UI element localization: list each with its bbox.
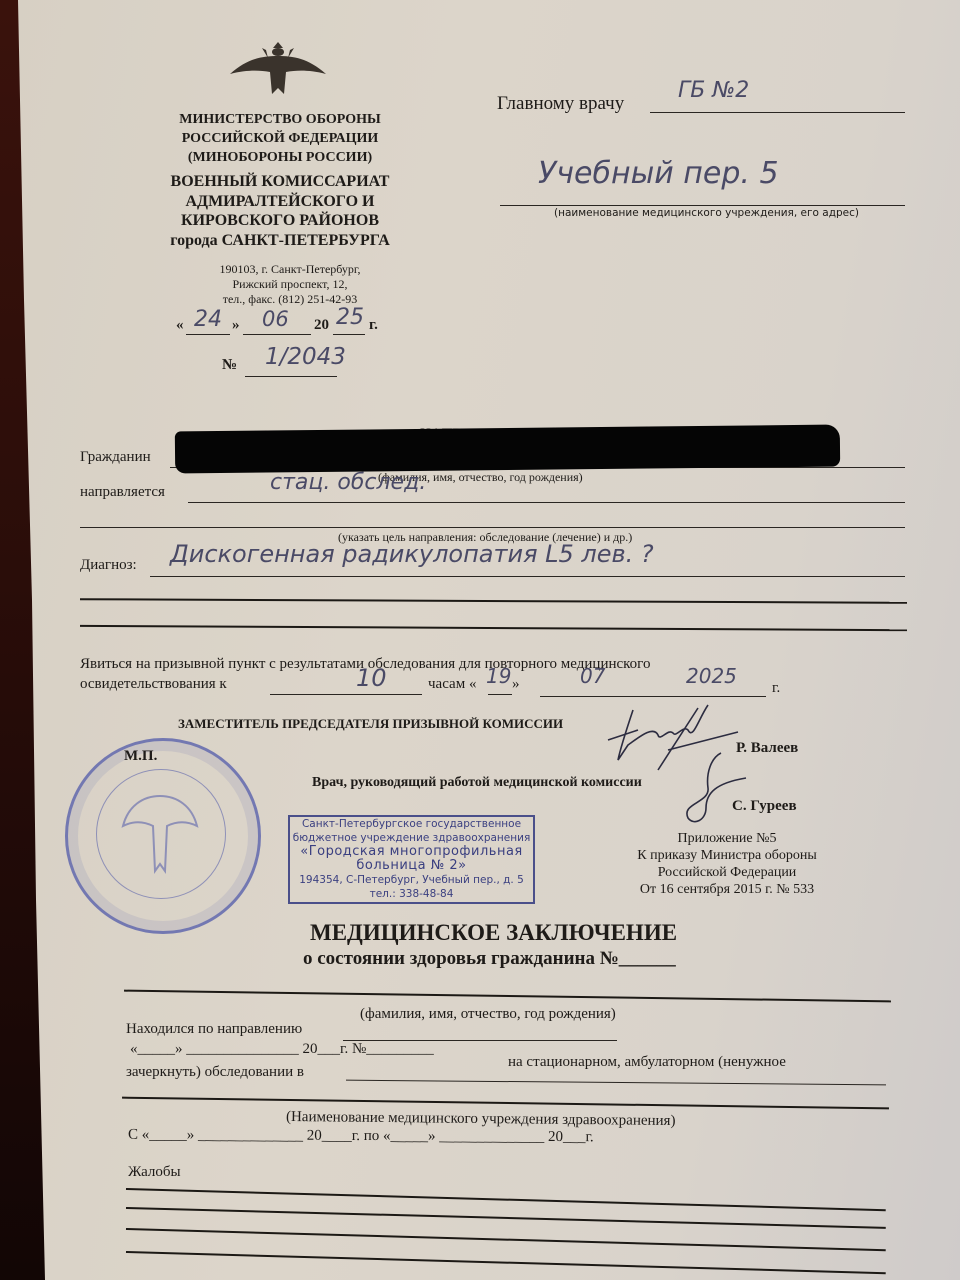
date-day-field[interactable] <box>186 334 230 335</box>
diagnosis-label: Диагноз: <box>80 557 137 574</box>
institution-caption: (наименование медицинского учреждения, е… <box>554 207 859 219</box>
date-year-prefix: 20 <box>314 317 329 334</box>
hospital-stamp: Санкт-Петербургское государственное бюдж… <box>288 815 535 904</box>
directed-value: стац. обслед. <box>270 470 426 495</box>
appear-instruction-line2: освидетельствования к <box>80 676 227 693</box>
conclusion-period-line: С «_____» ______________ 20____г. по «__… <box>128 1127 594 1146</box>
commissariat-line: КИРОВСКОГО РАЙОНОВ <box>150 211 410 231</box>
conclusion-exam-label: зачеркнуть) обследовании в <box>126 1064 304 1081</box>
directed-label: направляется <box>80 484 165 501</box>
stamp-line: «Городская многопрофильная <box>290 845 533 859</box>
date-year-field[interactable] <box>333 334 365 335</box>
year-value: 2025 <box>686 664 737 688</box>
doctor-signature-icon <box>676 748 756 828</box>
day-value: 19 <box>486 664 511 688</box>
commissariat-line: АДМИРАЛТЕЙСКОГО И <box>150 192 410 212</box>
commissariat-address: 190103, г. Санкт-Петербург, Рижский прос… <box>160 262 420 307</box>
hour-value: 10 <box>356 664 387 692</box>
institution-value: Учебный пер. 5 <box>538 156 779 191</box>
redaction-bar <box>175 425 840 474</box>
address-line: Рижский проспект, 12, <box>160 277 420 292</box>
document-page <box>0 0 960 1280</box>
conclusion-date-line: «_____» _______________ 20___г. №_______… <box>130 1041 434 1058</box>
appendix-note: Приложение №5 К приказу Министра обороны… <box>612 830 842 898</box>
diagnosis-value: Дискогенная радикулопатия L5 лев. ? <box>170 540 654 568</box>
chief-doctor-value: ГБ №2 <box>678 78 749 103</box>
stamp-line: бюджетное учреждение здравоохранения <box>290 831 533 845</box>
number-label: № <box>222 357 237 374</box>
number-value: 1/2043 <box>265 344 346 370</box>
date-year-label: г. <box>369 317 378 334</box>
stamp-line: 194354, С-Петербург, Учебный пер., д. 5 <box>290 873 533 887</box>
hour-field[interactable] <box>270 694 422 695</box>
date-month-value: 06 <box>262 307 289 331</box>
commissariat-heading: ВОЕННЫЙ КОМИССАРИАТ АДМИРАЛТЕЙСКОГО И КИ… <box>150 172 410 250</box>
stamp-place-label: М.П. <box>124 748 157 765</box>
address-line: тел., факс. (812) 251-42-93 <box>160 292 420 307</box>
year-label: г. <box>772 680 780 697</box>
number-field[interactable] <box>245 376 337 377</box>
conclusion-ward-text: на стационарном, амбулаторном (ненужное <box>508 1054 786 1071</box>
date-close-quote: » <box>232 317 240 334</box>
ministry-heading: МИНИСТЕРСТВО ОБОРОНЫ РОССИЙСКОЙ ФЕДЕРАЦИ… <box>150 110 410 167</box>
round-seal-stamp <box>65 738 261 934</box>
appendix-line: К приказу Министра обороны <box>612 847 842 864</box>
complaints-label: Жалобы <box>128 1164 181 1181</box>
ministry-line: (МИНОБОРОНЫ РОССИИ) <box>150 148 410 167</box>
month-year-field[interactable] <box>540 696 766 697</box>
stamp-line: больница № 2» <box>290 859 533 873</box>
conclusion-referral-label: Находился по направлению <box>126 1021 302 1038</box>
ministry-line: МИНИСТЕРСТВО ОБОРОНЫ <box>150 110 410 129</box>
chief-doctor-field[interactable] <box>650 112 905 113</box>
address-line: 190103, г. Санкт-Петербург, <box>160 262 420 277</box>
conclusion-name-caption: (фамилия, имя, отчество, год рождения) <box>360 1006 616 1023</box>
commissariat-line: города САНКТ-ПЕТЕРБУРГА <box>150 231 410 251</box>
conclusion-subtitle: о состоянии здоровья гражданина №______ <box>303 948 676 970</box>
day-close-quote: » <box>512 676 520 693</box>
appendix-line: Российской Федерации <box>612 864 842 881</box>
appendix-line: Приложение №5 <box>612 830 842 847</box>
chief-doctor-label: Главному врачу <box>497 93 624 115</box>
citizen-label: Гражданин <box>80 449 151 466</box>
hours-label: часам « <box>428 676 476 693</box>
deputy-title: ЗАМЕСТИТЕЛЬ ПРЕДСЕДАТЕЛЯ ПРИЗЫВНОЙ КОМИС… <box>178 716 563 732</box>
institution-field[interactable] <box>500 205 905 206</box>
appendix-line: От 16 сентября 2015 г. № 533 <box>612 881 842 898</box>
seal-eagle-icon <box>113 786 208 881</box>
doctor-title: Врач, руководящий работой медицинской ко… <box>312 775 642 791</box>
directed-field-line2[interactable] <box>80 527 905 528</box>
date-open-quote: « <box>176 317 184 334</box>
stamp-line: Санкт-Петербургское государственное <box>290 817 533 831</box>
conclusion-title: МЕДИЦИНСКОЕ ЗАКЛЮЧЕНИЕ <box>310 920 677 946</box>
date-year-value: 25 <box>336 305 364 330</box>
ministry-line: РОССИЙСКОЙ ФЕДЕРАЦИИ <box>150 129 410 148</box>
month-value: 07 <box>580 664 605 688</box>
diagnosis-field[interactable] <box>150 576 905 577</box>
date-day-value: 24 <box>194 307 222 332</box>
commissariat-line: ВОЕННЫЙ КОМИССАРИАТ <box>150 172 410 192</box>
doctor-name: С. Гуреев <box>732 798 797 815</box>
date-month-field[interactable] <box>243 334 311 335</box>
double-headed-eagle-emblem-icon <box>228 36 328 98</box>
stamp-line: тел.: 338-48-84 <box>290 887 533 901</box>
directed-field[interactable] <box>188 502 905 503</box>
day-field[interactable] <box>488 694 512 695</box>
